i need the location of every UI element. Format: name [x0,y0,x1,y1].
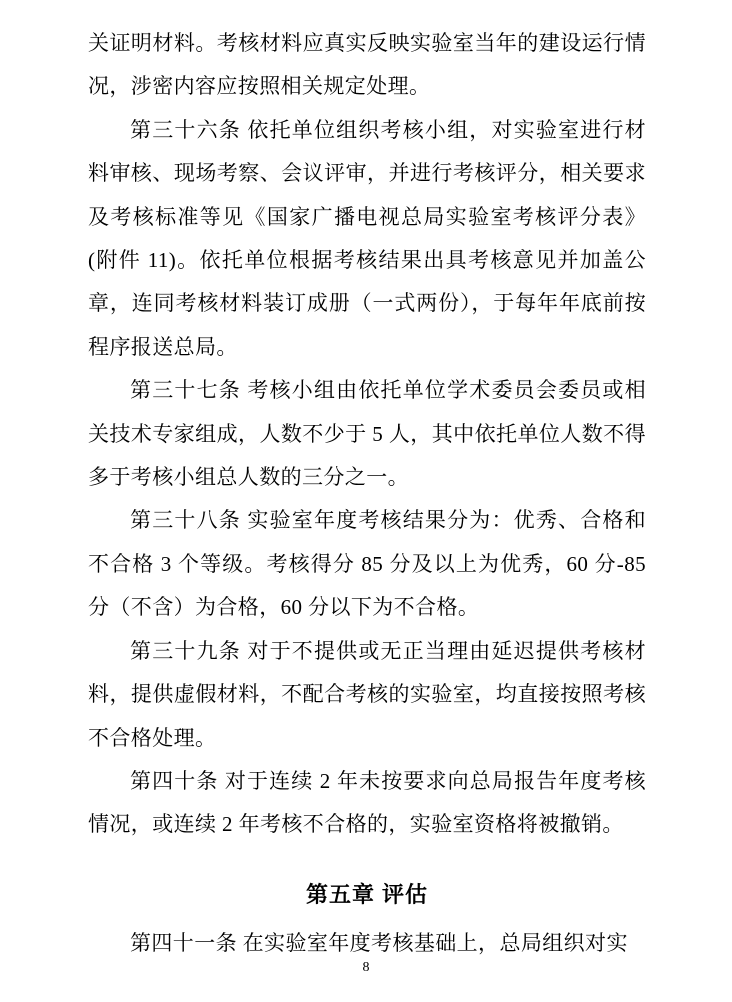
chapter-heading: 第五章 评估 [88,873,646,916]
paragraph-continuation: 关证明材料。考核材料应真实反映实验室当年的建设运行情况，涉密内容应按照相关规定处… [88,22,646,109]
paragraph-article-39: 第三十九条 对于不提供或无正当理由延迟提供考核材料，提供虚假材料，不配合考核的实… [88,630,646,760]
document-body: 关证明材料。考核材料应真实反映实验室当年的建设运行情况，涉密内容应按照相关规定处… [88,22,646,966]
page-number: 8 [0,960,732,976]
document-page: 关证明材料。考核材料应真实反映实验室当年的建设运行情况，涉密内容应按照相关规定处… [0,0,732,1002]
paragraph-article-36: 第三十六条 依托单位组织考核小组，对实验室进行材料审核、现场考察、会议评审，并进… [88,109,646,369]
paragraph-article-38: 第三十八条 实验室年度考核结果分为：优秀、合格和不合格 3 个等级。考核得分 8… [88,499,646,629]
paragraph-article-40: 第四十条 对于连续 2 年未按要求向总局报告年度考核情况，或连续 2 年考核不合… [88,760,646,847]
document-page-background: { "document": { "page_number": "8", "cha… [0,0,732,1002]
paragraph-article-37: 第三十七条 考核小组由依托单位学术委员会委员或相关技术专家组成，人数不少于 5 … [88,369,646,499]
